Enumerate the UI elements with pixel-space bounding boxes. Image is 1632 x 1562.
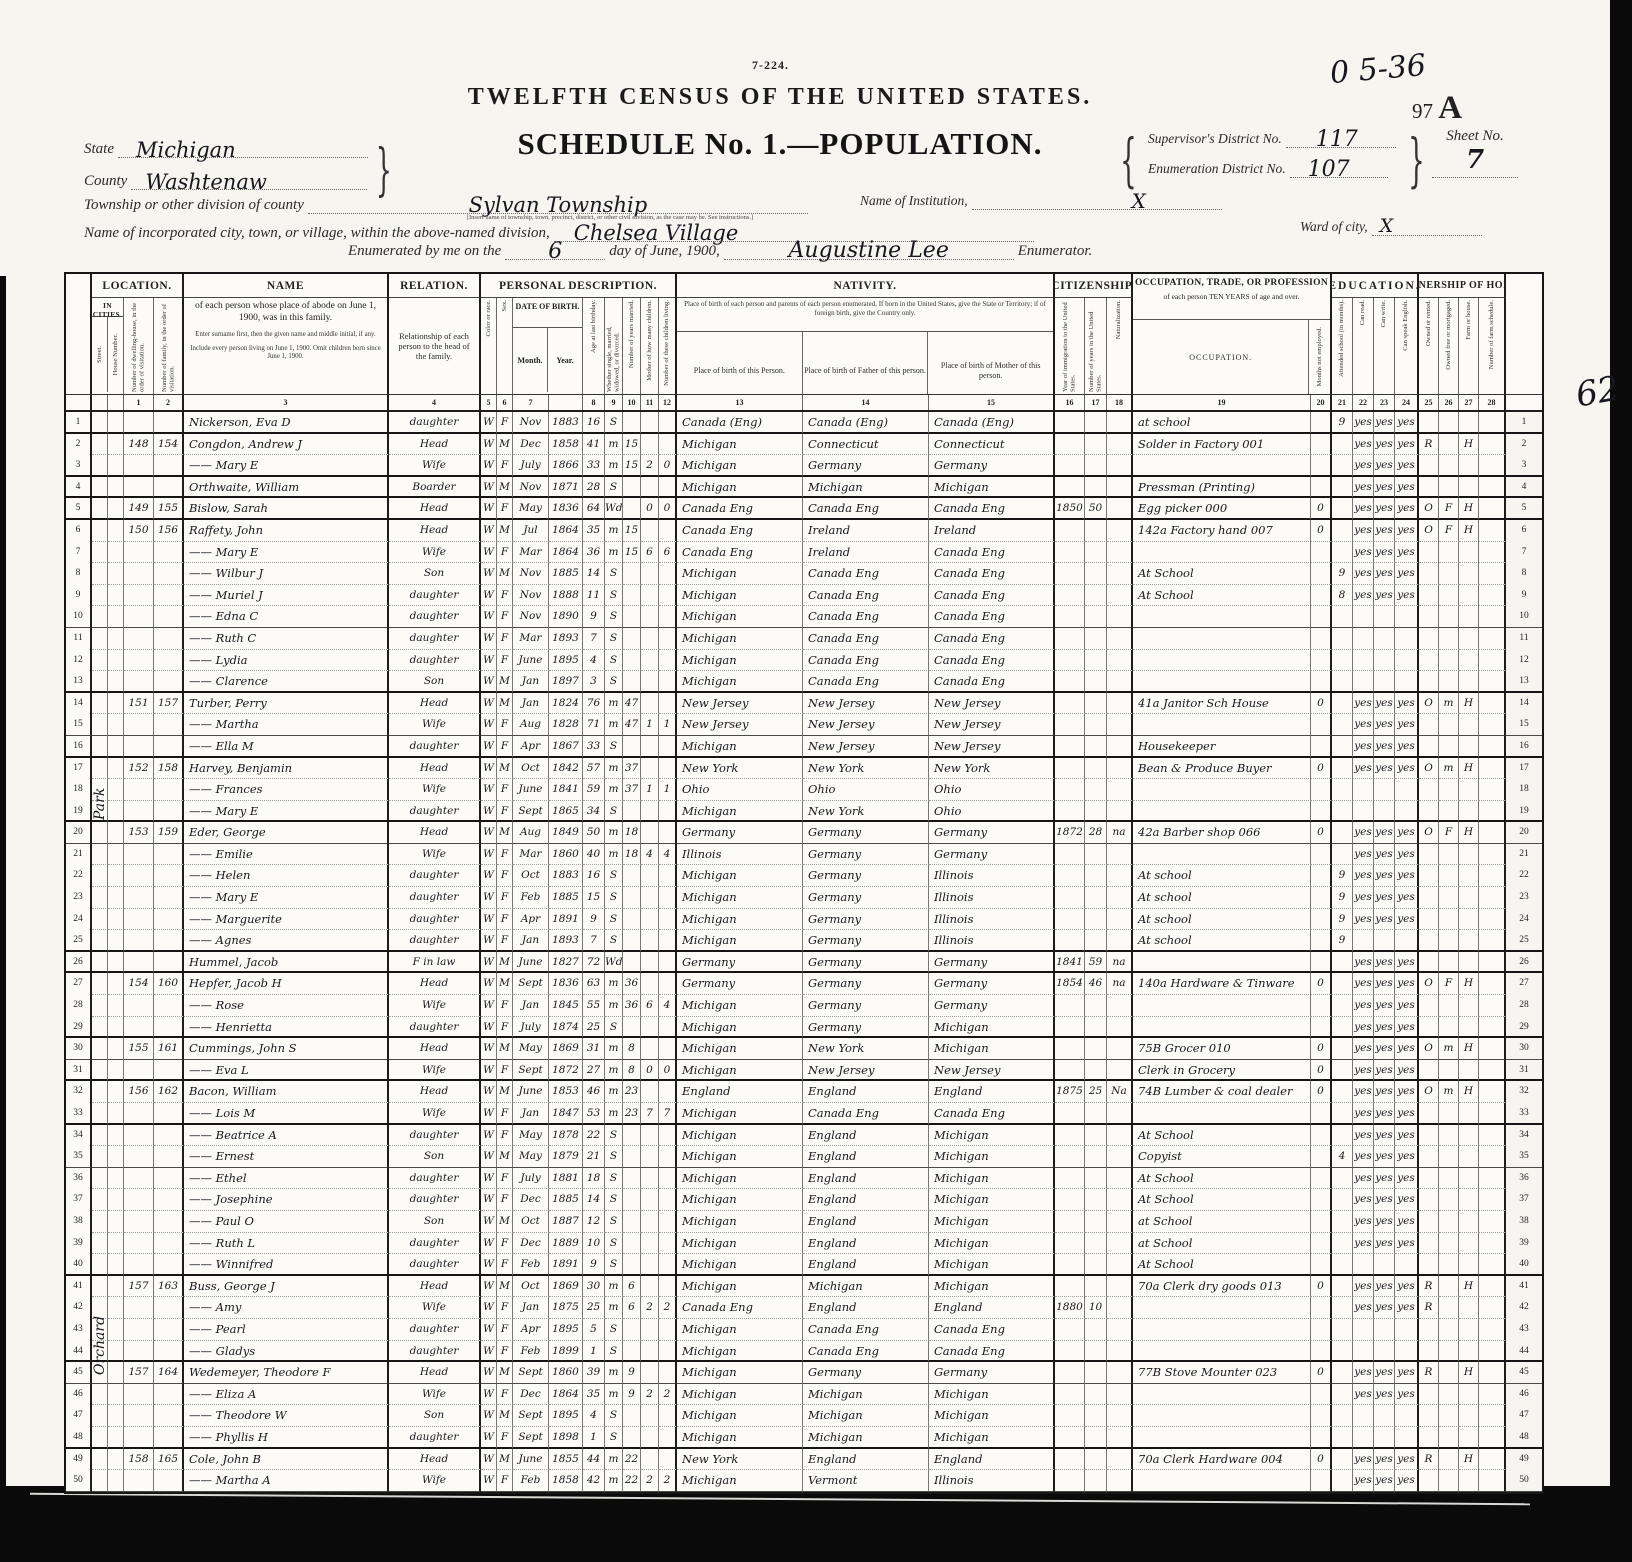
row-23-pob-father: Germany <box>803 887 929 909</box>
column-number-blank <box>108 395 124 410</box>
row-22-pob-mother: Illinois <box>929 865 1055 887</box>
row-number-right-41: 41 <box>1506 1276 1542 1298</box>
row-1-street <box>92 412 108 434</box>
row-42-free-mortgaged <box>1439 1297 1459 1319</box>
row-7-birth-year: 1864 <box>549 542 583 564</box>
row-34-relation: daughter <box>389 1125 481 1147</box>
occupation-column-label: OCCUPATION. <box>1133 320 1309 394</box>
row-27-birth-year: 1836 <box>549 973 583 995</box>
row-26-immigration-year: 1841 <box>1055 952 1085 974</box>
row-2-years-married: 15 <box>623 434 641 456</box>
row-22-owned-rented <box>1419 865 1439 887</box>
row-18-naturalization <box>1107 779 1133 801</box>
row-48-pob-father: Michigan <box>803 1427 929 1449</box>
row-1-pob-father: Canada (Eng) <box>803 412 929 434</box>
row-number-right-3: 3 <box>1506 455 1542 477</box>
row-15-farm-schedule <box>1479 714 1506 736</box>
row-10-name: —— Edna C <box>184 606 389 628</box>
row-17-pob-father: New York <box>803 758 929 780</box>
row-number-right-28: 28 <box>1506 995 1542 1017</box>
row-29-school-months <box>1332 1017 1353 1039</box>
row-31-speaks-english: yes <box>1395 1060 1419 1082</box>
row-34-color: W <box>481 1125 497 1147</box>
row-20-pob: Germany <box>677 822 803 844</box>
row-35-pob-mother: Michigan <box>929 1146 1055 1168</box>
row-18-birth-month: June <box>513 779 549 801</box>
row-9-naturalization <box>1107 585 1133 607</box>
row-11-birth-year: 1893 <box>549 628 583 650</box>
row-7-sex: F <box>497 542 513 564</box>
row-13-pob-father: Canada Eng <box>803 671 929 693</box>
row-1-house <box>108 412 124 434</box>
years-married-column-label: Number of years married. <box>628 298 635 370</box>
row-5-years-married <box>623 498 641 520</box>
row-33-can-read: yes <box>1353 1103 1374 1125</box>
table-row: 14151157Turber, PerryHeadWMJan182476m47N… <box>66 693 1542 715</box>
row-29-months-not-employed <box>1311 1017 1332 1039</box>
row-13-age: 3 <box>583 671 605 693</box>
row-number-right-29: 29 <box>1506 1017 1542 1039</box>
row-41-family: 163 <box>154 1276 184 1298</box>
row-23-sex: F <box>497 887 513 909</box>
row-3-street <box>92 455 108 477</box>
row-31-farm-house <box>1459 1060 1479 1082</box>
row-5-sex: F <box>497 498 513 520</box>
row-40-family <box>154 1254 184 1276</box>
row-13-years-in-us <box>1085 671 1107 693</box>
row-5-naturalization <box>1107 498 1133 520</box>
row-number-right-37: 37 <box>1506 1189 1542 1211</box>
row-29-years-married <box>623 1017 641 1039</box>
row-16-speaks-english: yes <box>1395 736 1419 758</box>
column-number-22: 22 <box>1353 395 1374 410</box>
row-40-sex: F <box>497 1254 513 1276</box>
row-40-children-living <box>659 1254 677 1276</box>
row-38-birth-month: Oct <box>513 1211 549 1233</box>
row-21-speaks-english: yes <box>1395 844 1419 866</box>
row-42-school-months <box>1332 1297 1353 1319</box>
row-12-occupation <box>1133 650 1311 672</box>
row-16-pob: Michigan <box>677 736 803 758</box>
occupation-sub: of each person TEN YEARS of age and over… <box>1133 292 1330 301</box>
row-34-owned-rented <box>1419 1125 1439 1147</box>
row-43-months-not-employed <box>1311 1319 1332 1341</box>
personal-group-title: PERSONAL DESCRIPTION. <box>481 274 677 298</box>
row-36-farm-house <box>1459 1168 1479 1190</box>
row-42-occupation <box>1133 1297 1311 1319</box>
row-24-sex: F <box>497 909 513 931</box>
schedule-title: SCHEDULE No. 1.—POPULATION. <box>500 126 1060 162</box>
row-2-can-read: yes <box>1353 434 1374 456</box>
row-47-birth-month: Sept <box>513 1405 549 1427</box>
row-34-farm-house <box>1459 1125 1479 1147</box>
row-46-can-write: yes <box>1374 1384 1395 1406</box>
row-1-can-write: yes <box>1374 412 1395 434</box>
row-15-farm-house <box>1459 714 1479 736</box>
row-2-immigration-year <box>1055 434 1085 456</box>
table-row: 24—— MargueritedaughterWFApr18919SMichig… <box>66 909 1542 931</box>
row-13-birth-month: Jan <box>513 671 549 693</box>
row-8-sex: M <box>497 563 513 585</box>
row-37-pob: Michigan <box>677 1189 803 1211</box>
row-7-color: W <box>481 542 497 564</box>
row-number-left-1: 1 <box>66 412 92 434</box>
row-28-name: —— Rose <box>184 995 389 1017</box>
row-34-can-write: yes <box>1374 1125 1395 1147</box>
row-7-months-not-employed <box>1311 542 1332 564</box>
row-47-immigration-year <box>1055 1405 1085 1427</box>
table-row: 23—— Mary EdaughterWFFeb188515SMichiganG… <box>66 887 1542 909</box>
row-35-mother-of <box>641 1146 659 1168</box>
row-43-occupation <box>1133 1319 1311 1341</box>
row-39-pob-mother: Michigan <box>929 1233 1055 1255</box>
row-27-school-months <box>1332 973 1353 995</box>
row-22-dwelling <box>124 865 154 887</box>
row-35-school-months: 4 <box>1332 1146 1353 1168</box>
row-4-family <box>154 477 184 499</box>
row-32-occupation: 74B Lumber & coal dealer <box>1133 1081 1311 1103</box>
row-16-age: 33 <box>583 736 605 758</box>
row-31-free-mortgaged <box>1439 1060 1459 1082</box>
row-number-right-20: 20 <box>1506 822 1542 844</box>
row-50-years-in-us <box>1085 1470 1107 1492</box>
row-7-street <box>92 542 108 564</box>
row-36-dwelling <box>124 1168 154 1190</box>
row-12-pob-mother: Canada Eng <box>929 650 1055 672</box>
row-34-street <box>92 1125 108 1147</box>
row-50-sex: F <box>497 1470 513 1492</box>
row-24-years-married <box>623 909 641 931</box>
table-row: 30155161Cummings, John SHeadWMMay186931m… <box>66 1038 1542 1060</box>
row-11-free-mortgaged <box>1439 628 1459 650</box>
row-30-free-mortgaged: m <box>1439 1038 1459 1060</box>
row-50-pob: Michigan <box>677 1470 803 1492</box>
row-13-speaks-english <box>1395 671 1419 693</box>
row-9-immigration-year <box>1055 585 1085 607</box>
row-7-age: 36 <box>583 542 605 564</box>
row-22-free-mortgaged <box>1439 865 1459 887</box>
row-23-can-read: yes <box>1353 887 1374 909</box>
row-46-months-not-employed <box>1311 1384 1332 1406</box>
name-column-header: of each person whose place of abode on J… <box>184 298 389 394</box>
row-30-birth-year: 1869 <box>549 1038 583 1060</box>
row-14-naturalization <box>1107 693 1133 715</box>
row-19-color: W <box>481 801 497 823</box>
row-34-birth-month: May <box>513 1125 549 1147</box>
row-27-marital: m <box>605 973 623 995</box>
row-6-pob: Canada Eng <box>677 520 803 542</box>
table-row: 10—— Edna CdaughterWFNov18909SMichiganCa… <box>66 606 1542 628</box>
row-34-pob-mother: Michigan <box>929 1125 1055 1147</box>
row-number-right-36: 36 <box>1506 1168 1542 1190</box>
row-13-birth-year: 1897 <box>549 671 583 693</box>
row-37-school-months <box>1332 1189 1353 1211</box>
row-40-free-mortgaged <box>1439 1254 1459 1276</box>
row-44-immigration-year <box>1055 1341 1085 1363</box>
row-47-marital: S <box>605 1405 623 1427</box>
row-3-immigration-year <box>1055 455 1085 477</box>
row-35-speaks-english: yes <box>1395 1146 1419 1168</box>
row-22-marital: S <box>605 865 623 887</box>
row-25-children-living <box>659 930 677 952</box>
row-8-street <box>92 563 108 585</box>
row-3-color: W <box>481 455 497 477</box>
row-27-occupation: 140a Hardware & Tinware <box>1133 973 1311 995</box>
row-15-immigration-year <box>1055 714 1085 736</box>
row-5-house <box>108 498 124 520</box>
row-32-age: 46 <box>583 1081 605 1103</box>
row-39-family <box>154 1233 184 1255</box>
row-14-pob-father: New Jersey <box>803 693 929 715</box>
row-5-free-mortgaged: F <box>1439 498 1459 520</box>
row-15-can-write: yes <box>1374 714 1395 736</box>
row-48-dwelling <box>124 1427 154 1449</box>
row-20-name: Eder, George <box>184 822 389 844</box>
row-15-family <box>154 714 184 736</box>
column-number-6: 6 <box>497 395 513 410</box>
row-50-house <box>108 1470 124 1492</box>
row-number-left-49: 49 <box>66 1449 92 1471</box>
column-number-8: 8 <box>583 395 605 410</box>
row-16-immigration-year <box>1055 736 1085 758</box>
row-42-children-living: 2 <box>659 1297 677 1319</box>
row-37-farm-schedule <box>1479 1189 1506 1211</box>
row-39-farm-schedule <box>1479 1233 1506 1255</box>
row-22-birth-year: 1883 <box>549 865 583 887</box>
row-33-farm-schedule <box>1479 1103 1506 1125</box>
row-28-color: W <box>481 995 497 1017</box>
row-24-can-read: yes <box>1353 909 1374 931</box>
row-22-can-write: yes <box>1374 865 1395 887</box>
row-15-house <box>108 714 124 736</box>
row-12-owned-rented <box>1419 650 1439 672</box>
row-22-relation: daughter <box>389 865 481 887</box>
row-21-children-living: 4 <box>659 844 677 866</box>
row-2-sex: M <box>497 434 513 456</box>
row-14-free-mortgaged: m <box>1439 693 1459 715</box>
row-47-farm-house <box>1459 1405 1479 1427</box>
row-number-right-10: 10 <box>1506 606 1542 628</box>
row-10-years-married <box>623 606 641 628</box>
row-14-years-married: 47 <box>623 693 641 715</box>
row-38-can-write: yes <box>1374 1211 1395 1233</box>
row-27-immigration-year: 1854 <box>1055 973 1085 995</box>
page-number: 97 A <box>1412 90 1462 127</box>
row-23-school-months: 9 <box>1332 887 1353 909</box>
row-44-years-married <box>623 1341 641 1363</box>
row-25-can-read <box>1353 930 1374 952</box>
row-14-pob-mother: New Jersey <box>929 693 1055 715</box>
row-38-relation: Son <box>389 1211 481 1233</box>
occupation-group-title: OCCUPATION, TRADE, OR PROFESSION <box>1133 278 1330 289</box>
row-31-naturalization <box>1107 1060 1133 1082</box>
row-4-free-mortgaged <box>1439 477 1459 499</box>
row-20-years-married: 18 <box>623 822 641 844</box>
row-21-farm-house <box>1459 844 1479 866</box>
row-26-sex: M <box>497 952 513 974</box>
row-29-pob: Michigan <box>677 1017 803 1039</box>
row-28-pob-mother: Germany <box>929 995 1055 1017</box>
row-7-speaks-english: yes <box>1395 542 1419 564</box>
row-number-right-27: 27 <box>1506 973 1542 995</box>
row-10-sex: F <box>497 606 513 628</box>
row-32-years-in-us: 25 <box>1085 1081 1107 1103</box>
row-36-can-write: yes <box>1374 1168 1395 1190</box>
row-10-marital: S <box>605 606 623 628</box>
row-35-birth-year: 1879 <box>549 1146 583 1168</box>
row-number-left-30: 30 <box>66 1038 92 1060</box>
row-18-months-not-employed <box>1311 779 1332 801</box>
row-8-mother-of <box>641 563 659 585</box>
row-18-school-months <box>1332 779 1353 801</box>
row-9-family <box>154 585 184 607</box>
form-number: 7-224. <box>752 58 789 73</box>
row-14-birth-year: 1824 <box>549 693 583 715</box>
row-39-house <box>108 1233 124 1255</box>
row-6-family: 156 <box>154 520 184 542</box>
row-48-birth-year: 1898 <box>549 1427 583 1449</box>
row-19-naturalization <box>1107 801 1133 823</box>
row-3-name: —— Mary E <box>184 455 389 477</box>
column-number-23: 23 <box>1374 395 1395 410</box>
row-27-months-not-employed: 0 <box>1311 973 1332 995</box>
row-4-children-living <box>659 477 677 499</box>
row-29-years-in-us <box>1085 1017 1107 1039</box>
row-45-months-not-employed: 0 <box>1311 1362 1332 1384</box>
row-3-age: 33 <box>583 455 605 477</box>
row-number-right-30: 30 <box>1506 1038 1542 1060</box>
row-44-can-read <box>1353 1341 1374 1363</box>
row-7-birth-month: Mar <box>513 542 549 564</box>
row-42-marital: m <box>605 1297 623 1319</box>
row-36-years-in-us <box>1085 1168 1107 1190</box>
row-14-months-not-employed: 0 <box>1311 693 1332 715</box>
row-17-school-months <box>1332 758 1353 780</box>
row-12-years-married <box>623 650 641 672</box>
column-number-28: 28 <box>1479 395 1506 410</box>
row-11-street <box>92 628 108 650</box>
row-number-right-8: 8 <box>1506 563 1542 585</box>
row-8-school-months: 9 <box>1332 563 1353 585</box>
row-50-birth-year: 1858 <box>549 1470 583 1492</box>
row-2-street <box>92 434 108 456</box>
row-40-pob-mother: Michigan <box>929 1254 1055 1276</box>
row-44-sex: F <box>497 1341 513 1363</box>
row-39-school-months <box>1332 1233 1353 1255</box>
row-50-immigration-year <box>1055 1470 1085 1492</box>
row-41-house <box>108 1276 124 1298</box>
column-number-15: 15 <box>929 395 1055 410</box>
row-13-years-married <box>623 671 641 693</box>
row-21-house <box>108 844 124 866</box>
row-49-name: Cole, John B <box>184 1449 389 1471</box>
row-18-dwelling <box>124 779 154 801</box>
row-28-pob-father: Germany <box>803 995 929 1017</box>
row-50-relation: Wife <box>389 1470 481 1492</box>
row-21-years-married: 18 <box>623 844 641 866</box>
row-17-birth-month: Oct <box>513 758 549 780</box>
row-2-farm-schedule <box>1479 434 1506 456</box>
row-17-occupation: Bean & Produce Buyer <box>1133 758 1311 780</box>
row-39-farm-house <box>1459 1233 1479 1255</box>
row-number-left-16: 16 <box>66 736 92 758</box>
row-34-name: —— Beatrice A <box>184 1125 389 1147</box>
row-17-naturalization <box>1107 758 1133 780</box>
row-14-owned-rented: O <box>1419 693 1439 715</box>
row-16-color: W <box>481 736 497 758</box>
row-46-owned-rented <box>1419 1384 1439 1406</box>
row-50-months-not-employed <box>1311 1470 1332 1492</box>
table-row: 22—— HelendaughterWFOct188316SMichiganGe… <box>66 865 1542 887</box>
row-44-relation: daughter <box>389 1341 481 1363</box>
row-14-farm-house: H <box>1459 693 1479 715</box>
row-16-mother-of <box>641 736 659 758</box>
row-20-years-in-us: 28 <box>1085 822 1107 844</box>
row-13-name: —— Clarence <box>184 671 389 693</box>
row-3-school-months <box>1332 455 1353 477</box>
row-25-sex: F <box>497 930 513 952</box>
row-33-birth-year: 1847 <box>549 1103 583 1125</box>
row-number-right-26: 26 <box>1506 952 1542 974</box>
row-24-school-months: 9 <box>1332 909 1353 931</box>
years-in-us-column-label: Number of years in the United States. <box>1088 298 1103 394</box>
row-34-family <box>154 1125 184 1147</box>
row-11-farm-schedule <box>1479 628 1506 650</box>
row-33-pob-mother: Canada Eng <box>929 1103 1055 1125</box>
row-3-house <box>108 455 124 477</box>
row-8-house <box>108 563 124 585</box>
row-5-birth-year: 1836 <box>549 498 583 520</box>
immigration-year-column-label: Year of immigration to the United States… <box>1062 298 1077 394</box>
table-row: 36—— EtheldaughterWFJuly188118SMichiganE… <box>66 1168 1542 1190</box>
row-6-sex: M <box>497 520 513 542</box>
column-number-2: 2 <box>154 395 184 410</box>
row-24-occupation: At school <box>1133 909 1311 931</box>
row-34-immigration-year <box>1055 1125 1085 1147</box>
row-24-street <box>92 909 108 931</box>
row-49-occupation: 70a Clerk Hardware 004 <box>1133 1449 1311 1471</box>
row-38-years-in-us <box>1085 1211 1107 1233</box>
row-16-occupation: Housekeeper <box>1133 736 1311 758</box>
row-number-right-7: 7 <box>1506 542 1542 564</box>
row-27-years-married: 36 <box>623 973 641 995</box>
row-36-school-months <box>1332 1168 1353 1190</box>
row-8-free-mortgaged <box>1439 563 1459 585</box>
row-6-mother-of <box>641 520 659 542</box>
row-35-marital: S <box>605 1146 623 1168</box>
row-8-farm-house <box>1459 563 1479 585</box>
row-31-color: W <box>481 1060 497 1082</box>
farm-house-column-label: Farm or house. <box>1465 298 1472 342</box>
row-42-relation: Wife <box>389 1297 481 1319</box>
row-3-free-mortgaged <box>1439 455 1459 477</box>
row-8-can-read: yes <box>1353 563 1374 585</box>
row-15-school-months <box>1332 714 1353 736</box>
row-30-dwelling: 155 <box>124 1038 154 1060</box>
row-41-speaks-english: yes <box>1395 1276 1419 1298</box>
row-37-marital: S <box>605 1189 623 1211</box>
row-2-dwelling: 148 <box>124 434 154 456</box>
row-number-right-4: 4 <box>1506 477 1542 499</box>
row-24-mother-of <box>641 909 659 931</box>
table-row: 16—— Ella MdaughterWFApr186733SMichiganN… <box>66 736 1542 758</box>
row-26-birth-month: June <box>513 952 549 974</box>
row-35-occupation: Copyist <box>1133 1146 1311 1168</box>
row-33-mother-of: 7 <box>641 1103 659 1125</box>
row-4-farm-schedule <box>1479 477 1506 499</box>
row-24-color: W <box>481 909 497 931</box>
row-11-age: 7 <box>583 628 605 650</box>
